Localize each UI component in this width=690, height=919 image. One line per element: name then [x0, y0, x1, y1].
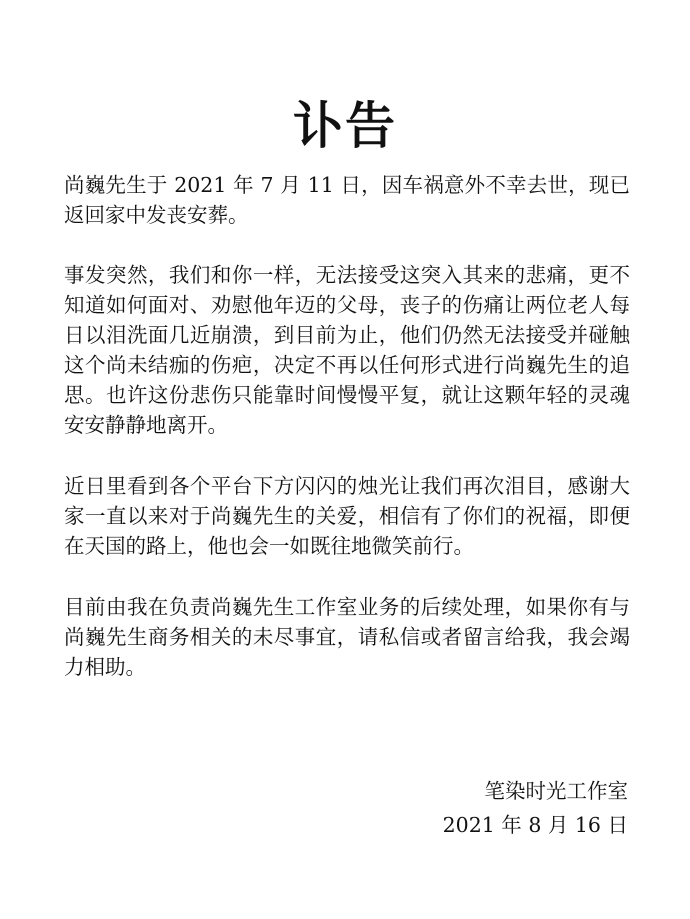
signature-date: 2021 年 8 月 16 日: [443, 810, 628, 840]
paragraph-thanks: 近日里看到各个平台下方闪闪的烛光让我们再次泪目，感谢大家一直以来对于尚巍先生的关…: [64, 471, 630, 561]
document-title: 讣告: [0, 96, 690, 156]
paragraph-business-contact: 目前由我在负责尚巍先生工作室业务的后续处理，如果你有与尚巍先生商务相关的未尽事宜…: [64, 592, 630, 682]
paragraph-announcement: 尚巍先生于 2021 年 7 月 11 日，因车祸意外不幸去世，现已返回家中发丧…: [64, 170, 630, 230]
paragraph-family-grief: 事发突然，我们和你一样，无法接受这突入其来的悲痛，更不知道如何面对、劝慰他年迈的…: [64, 260, 630, 440]
signature-organization: 笔染时光工作室: [485, 776, 629, 806]
